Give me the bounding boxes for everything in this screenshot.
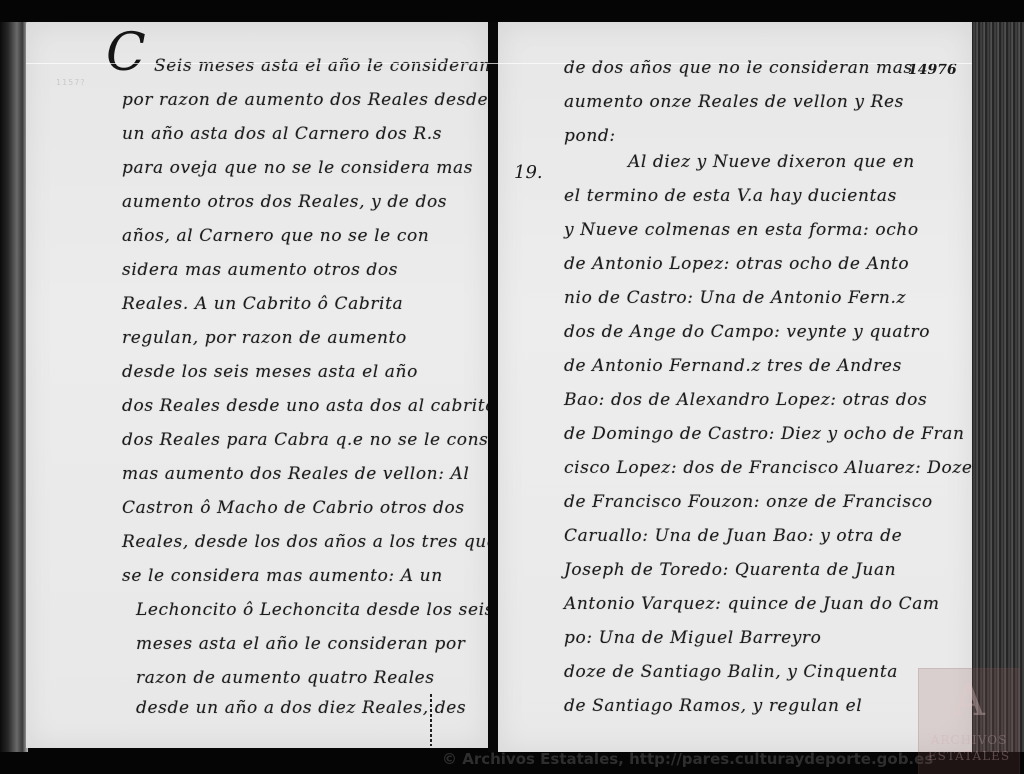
text-line: dos Reales para Cabra q.e no se le consi…: [122, 430, 548, 450]
text-line: po: Una de Miguel Barreyro: [564, 628, 822, 648]
copyright-watermark: © Archivos Estatales, http://pares.cultu…: [442, 750, 933, 768]
text-line: doze de Santiago Balin, y Cinquenta: [564, 662, 898, 682]
logo-letter: A: [919, 675, 1019, 726]
text-line: razon de aumento quatro Reales: [136, 668, 435, 688]
text-line: el termino de esta V.a hay ducientas: [564, 186, 897, 206]
left-binding-edge: [0, 22, 28, 752]
text-line: de dos años que no le consideran mas: [564, 58, 913, 78]
text-line: por razon de aumento dos Reales desde: [122, 90, 488, 110]
text-line: Joseph de Toredo: Quarenta de Juan: [564, 560, 896, 580]
text-line: aumento onze Reales de vellon y Res: [564, 92, 904, 112]
text-line: de Antonio Fernand.z tres de Andres: [564, 356, 902, 376]
text-line: Bao: dos de Alexandro Lopez: otras dos: [564, 390, 927, 410]
right-page-edges: [972, 22, 1024, 752]
text-line: Al diez y Nueve dixeron que en: [628, 152, 915, 172]
text-line: de Santiago Ramos, y regulan el: [564, 696, 862, 716]
logo-text-line1: ARCHIVOS: [919, 733, 1019, 747]
text-line: de Antonio Lopez: otras ocho de Anto: [564, 254, 909, 274]
text-line: Reales, desde los dos años a los tres qu…: [122, 532, 526, 552]
text-line: pond:: [564, 126, 616, 146]
faint-stamp-mark: 1157?: [56, 78, 86, 87]
text-line: Caruallo: Una de Juan Bao: y otra de: [564, 526, 902, 546]
scan-artifact-line: [26, 63, 972, 64]
text-line: regulan, por razon de aumento: [122, 328, 407, 348]
text-line: aumento otros dos Reales, y de dos: [122, 192, 447, 212]
text-line: meses asta el año le consideran por: [136, 634, 466, 654]
text-line: mas aumento dos Reales de vellon: Al: [122, 464, 469, 484]
text-line: dos Reales desde uno asta dos al cabrito: [122, 396, 496, 416]
logo-text-line2: ESTATALES: [919, 749, 1019, 763]
text-line: para oveja que no se le considera mas: [122, 158, 473, 178]
book-gutter: [488, 22, 498, 752]
folio-number: 14976: [908, 62, 957, 78]
text-line: de Francisco Fouzon: onze de Francisco: [564, 492, 933, 512]
text-line: desde los seis meses asta el año: [122, 362, 418, 382]
text-line: Antonio Varquez: quince de Juan do Cam: [564, 594, 940, 614]
text-line: Castron ô Macho de Cabrio otros dos: [122, 498, 465, 518]
right-page: 14976 19. de dos años que no le consider…: [498, 22, 972, 752]
text-line: sidera mas aumento otros dos: [122, 260, 398, 280]
text-line: de Domingo de Castro: Diez y ocho de Fra…: [564, 424, 965, 444]
text-line: Lechoncito ô Lechoncita desde los seis: [136, 600, 494, 620]
text-line: un año asta dos al Carnero dos R.s: [122, 124, 442, 144]
text-line: y Nueve colmenas en esta forma: ocho: [564, 220, 919, 240]
decorative-initial: C: [106, 27, 146, 79]
document-viewer: 1157? C Seis meses asta el año le consid…: [0, 0, 1024, 774]
ink-stroke-mark: [430, 694, 432, 746]
text-line: Reales. A un Cabrito ô Cabrita: [122, 294, 403, 314]
text-line: desde un año a dos diez Reales, des: [136, 698, 466, 718]
text-line: se le considera mas aumento: A un: [122, 566, 443, 586]
text-line: cisco Lopez: dos de Francisco Aluarez: D…: [564, 458, 973, 478]
text-line: Seis meses asta el año le consideran: [154, 56, 491, 76]
margin-paragraph-number: 19.: [514, 162, 543, 183]
text-line: años, al Carnero que no se le con: [122, 226, 429, 246]
left-page: 1157? C Seis meses asta el año le consid…: [26, 22, 488, 748]
text-line: dos de Ange do Campo: veynte y quatro: [564, 322, 930, 342]
archivos-estatales-logo: A ARCHIVOS ESTATALES: [918, 668, 1020, 774]
text-line: nio de Castro: Una de Antonio Fern.z: [564, 288, 906, 308]
